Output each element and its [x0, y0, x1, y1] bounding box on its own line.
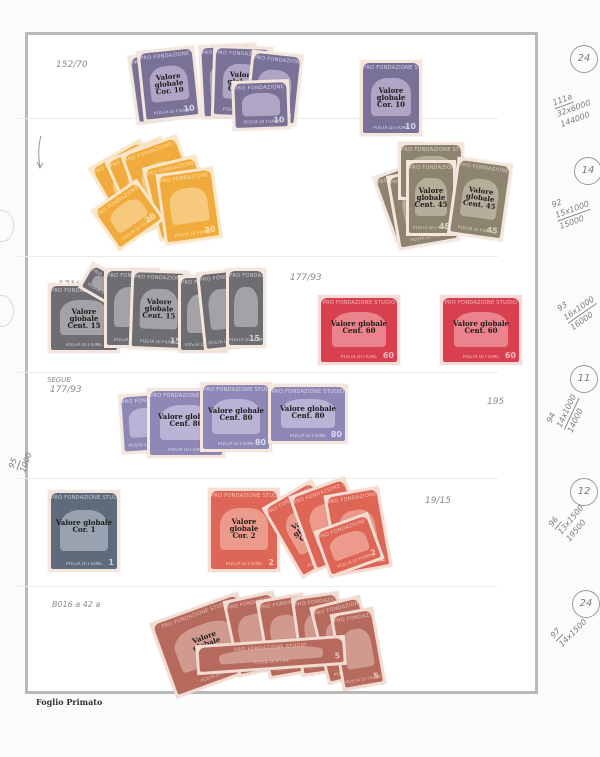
stamp-value: 2	[268, 558, 274, 567]
stamp-vermilion: PRO FONDAZIONE STUDIOPOSTA DI FIUME2Valo…	[208, 488, 280, 572]
stamp-design: PRO FONDAZIONE STUDIOPOSTA DI FIUME15	[229, 271, 263, 345]
stamp-value: 1	[108, 558, 114, 567]
stamp-overprint: ValoreglobaleCor. 2	[211, 518, 277, 539]
stamp-top-legend: PRO FONDAZIONE STUDIO	[229, 273, 263, 279]
stamp-bottom-legend: POSTA DI FIUME	[211, 562, 277, 567]
stamp-value: 60	[383, 351, 394, 360]
margin-note: 9414x100014000	[544, 388, 590, 434]
stamp-red: PRO FONDAZIONE STUDIOPOSTA DI FIUME60Val…	[318, 295, 400, 365]
stamp-violet: PRO FONDAZIONE STUDIOPOSTA DI FIUME10Val…	[360, 60, 422, 136]
catalog-note: B016 a 42 a	[52, 600, 100, 609]
stamp-value: 60	[505, 351, 516, 360]
stamp-overprint: Valore globaleCent. 60	[321, 320, 397, 334]
stamp-design: PRO FONDAZIONE STUDIOPOSTA DI FIUME1Valo…	[51, 493, 117, 569]
stamp-top-legend: PRO FONDAZIONE STUDIO	[234, 84, 286, 92]
stamp-value: 10	[183, 103, 195, 113]
catalog-note: 195	[487, 397, 504, 407]
faint-circle-mark	[0, 295, 14, 327]
stamp-top-legend: PRO FONDAZIONE STUDIO	[443, 300, 519, 306]
stamp-design: PRO FONDAZIONE STUDIOPOSTA DI FIUME10	[234, 82, 288, 128]
strip-divider	[18, 256, 498, 257]
stamp-olive-gray: PRO FONDAZIONE STUDIOPOSTA DI FIUME45Val…	[447, 156, 513, 241]
stamp-design: PRO FONDAZIONE STUDIOPOSTA DI FIUME45Val…	[450, 160, 510, 238]
stamp-design: PRO FONDAZIONE STUDIOPOSTA DI FIUME10Val…	[140, 48, 199, 119]
strip-divider	[18, 478, 498, 479]
count-circle: 14	[574, 157, 600, 185]
stamp-design: PRO FONDAZIONE STUDIOPOSTA DI FIUME45Val…	[409, 163, 453, 233]
stamp-overprint: Valore globaleCent. 80	[271, 405, 345, 419]
margin-note: 9316x100016000	[555, 285, 600, 333]
catalog-note: 19/15	[425, 496, 451, 506]
stamp-design: PRO FONDAZIONE STUDIOPOSTA DI FIUME80Val…	[271, 387, 345, 441]
faint-circle-mark	[0, 210, 14, 242]
page-caption: Foglio Primato	[36, 697, 102, 707]
stamp-overprint: Valore globaleCor. 1	[51, 519, 117, 533]
stamp-overprint: Valore globaleCent. 80	[203, 407, 269, 421]
stamp-top-legend: PRO FONDAZIONE STUDIO	[321, 300, 397, 306]
stamp-value: 15	[249, 334, 260, 343]
stamp-top-legend: PRO FONDAZIONE STUDIO	[140, 50, 192, 61]
count-circle: 24	[570, 45, 598, 73]
stamp-top-legend: PRO FONDAZIONE STUDIO	[327, 491, 377, 506]
stamp-violet: PRO FONDAZIONE STUDIOPOSTA DI FIUME10Val…	[136, 45, 201, 123]
stamp-design: PRO FONDAZIONE STUDIOPOSTA DI FIUME80Val…	[203, 385, 269, 449]
stamp-design: PRO FONDAZIONE STUDIOPOSTA DI FIUME60Val…	[321, 298, 397, 362]
stamp-value: 10	[405, 122, 416, 131]
stamp-top-legend: PRO FONDAZIONE STUDIO	[401, 147, 461, 153]
catalog-note: 152/70	[56, 60, 88, 70]
stamp-design: PRO FONDAZIONE STUDIOPOSTA DI FIUME20	[159, 170, 220, 243]
stamp-top-legend: PRO FONDAZIONE STUDIO	[211, 493, 277, 499]
stamp-violet: PRO FONDAZIONE STUDIOPOSTA DI FIUME10	[231, 79, 291, 131]
stamp-overprint: ValoreglobaleCor. 10	[142, 71, 196, 97]
stamp-value: 20	[204, 225, 216, 235]
stamp-orange: PRO FONDAZIONE STUDIOPOSTA DI FIUME20	[155, 166, 222, 245]
strip-divider	[18, 586, 498, 587]
stamp-design: PRO FONDAZIONE STUDIOPOSTA DI FIUME10Val…	[363, 63, 419, 133]
count-circle: 11	[570, 365, 598, 393]
stamp-top-legend: PRO FONDAZIONE STUDIO	[203, 387, 269, 393]
stamp-lilac: PRO FONDAZIONE STUDIOPOSTA DI FIUME80Val…	[200, 382, 272, 452]
stamp-value: 5	[373, 671, 380, 681]
stamp-top-legend: PRO FONDAZIONE STUDIO	[159, 172, 211, 185]
stamp-overprint: ValoreglobaleCor. 10	[363, 87, 419, 108]
stamp-gray: PRO FONDAZIONE STUDIOPOSTA DI FIUME15	[226, 268, 266, 348]
stamp-value: 10	[273, 115, 284, 124]
stamp-overprint: Valore globaleCent. 45	[454, 184, 506, 212]
catalog-note: SEGUE	[47, 376, 71, 384]
stamp-value: 5	[334, 651, 340, 660]
stamp-top-legend: PRO FONDAZIONE STUDIO	[363, 65, 419, 71]
stamp-top-legend: PRO FONDAZIONE STUDIO	[333, 612, 371, 625]
stamp-red: PRO FONDAZIONE STUDIOPOSTA DI FIUME60Val…	[440, 295, 522, 365]
stamp-top-legend: PRO FONDAZIONE STUDIO	[409, 165, 453, 171]
arrow-down-icon	[35, 135, 45, 170]
stamp-lilac: PRO FONDAZIONE STUDIOPOSTA DI FIUME80Val…	[268, 384, 348, 444]
stamp-design: PRO FONDAZIONE STUDIOPOSTA DI FIUME60Val…	[443, 298, 519, 362]
stamp-top-legend: PRO FONDAZIONE STUDIO	[51, 495, 117, 501]
stamp-overprint: Valore globaleCent. 45	[409, 187, 453, 208]
stamp-value: 80	[331, 430, 342, 439]
strip-divider	[18, 372, 498, 373]
stamp-bottom-legend: POSTA DI FIUME	[51, 562, 117, 567]
stamp-overprint: Valore globaleCent. 60	[443, 320, 519, 334]
margin-note: 111a32x6000144000	[551, 86, 596, 130]
margin-note: 9215x100015000	[550, 188, 595, 232]
catalog-note: 177/93	[290, 273, 322, 283]
stamp-value: 45	[486, 225, 498, 235]
stamp-slate: PRO FONDAZIONE STUDIOPOSTA DI FIUME1Valo…	[48, 490, 120, 572]
stamp-top-legend: PRO FONDAZIONE STUDIO	[254, 55, 300, 66]
stamp-top-legend: PRO FONDAZIONE STUDIO	[271, 389, 345, 395]
catalog-note: 177/93	[50, 385, 82, 395]
stamp-design: PRO FONDAZIONE STUDIOPOSTA DI FIUME2Valo…	[211, 491, 277, 569]
stamp-value: 80	[255, 438, 266, 447]
stamp-top-legend: PRO FONDAZIONE STUDIO	[459, 162, 509, 175]
